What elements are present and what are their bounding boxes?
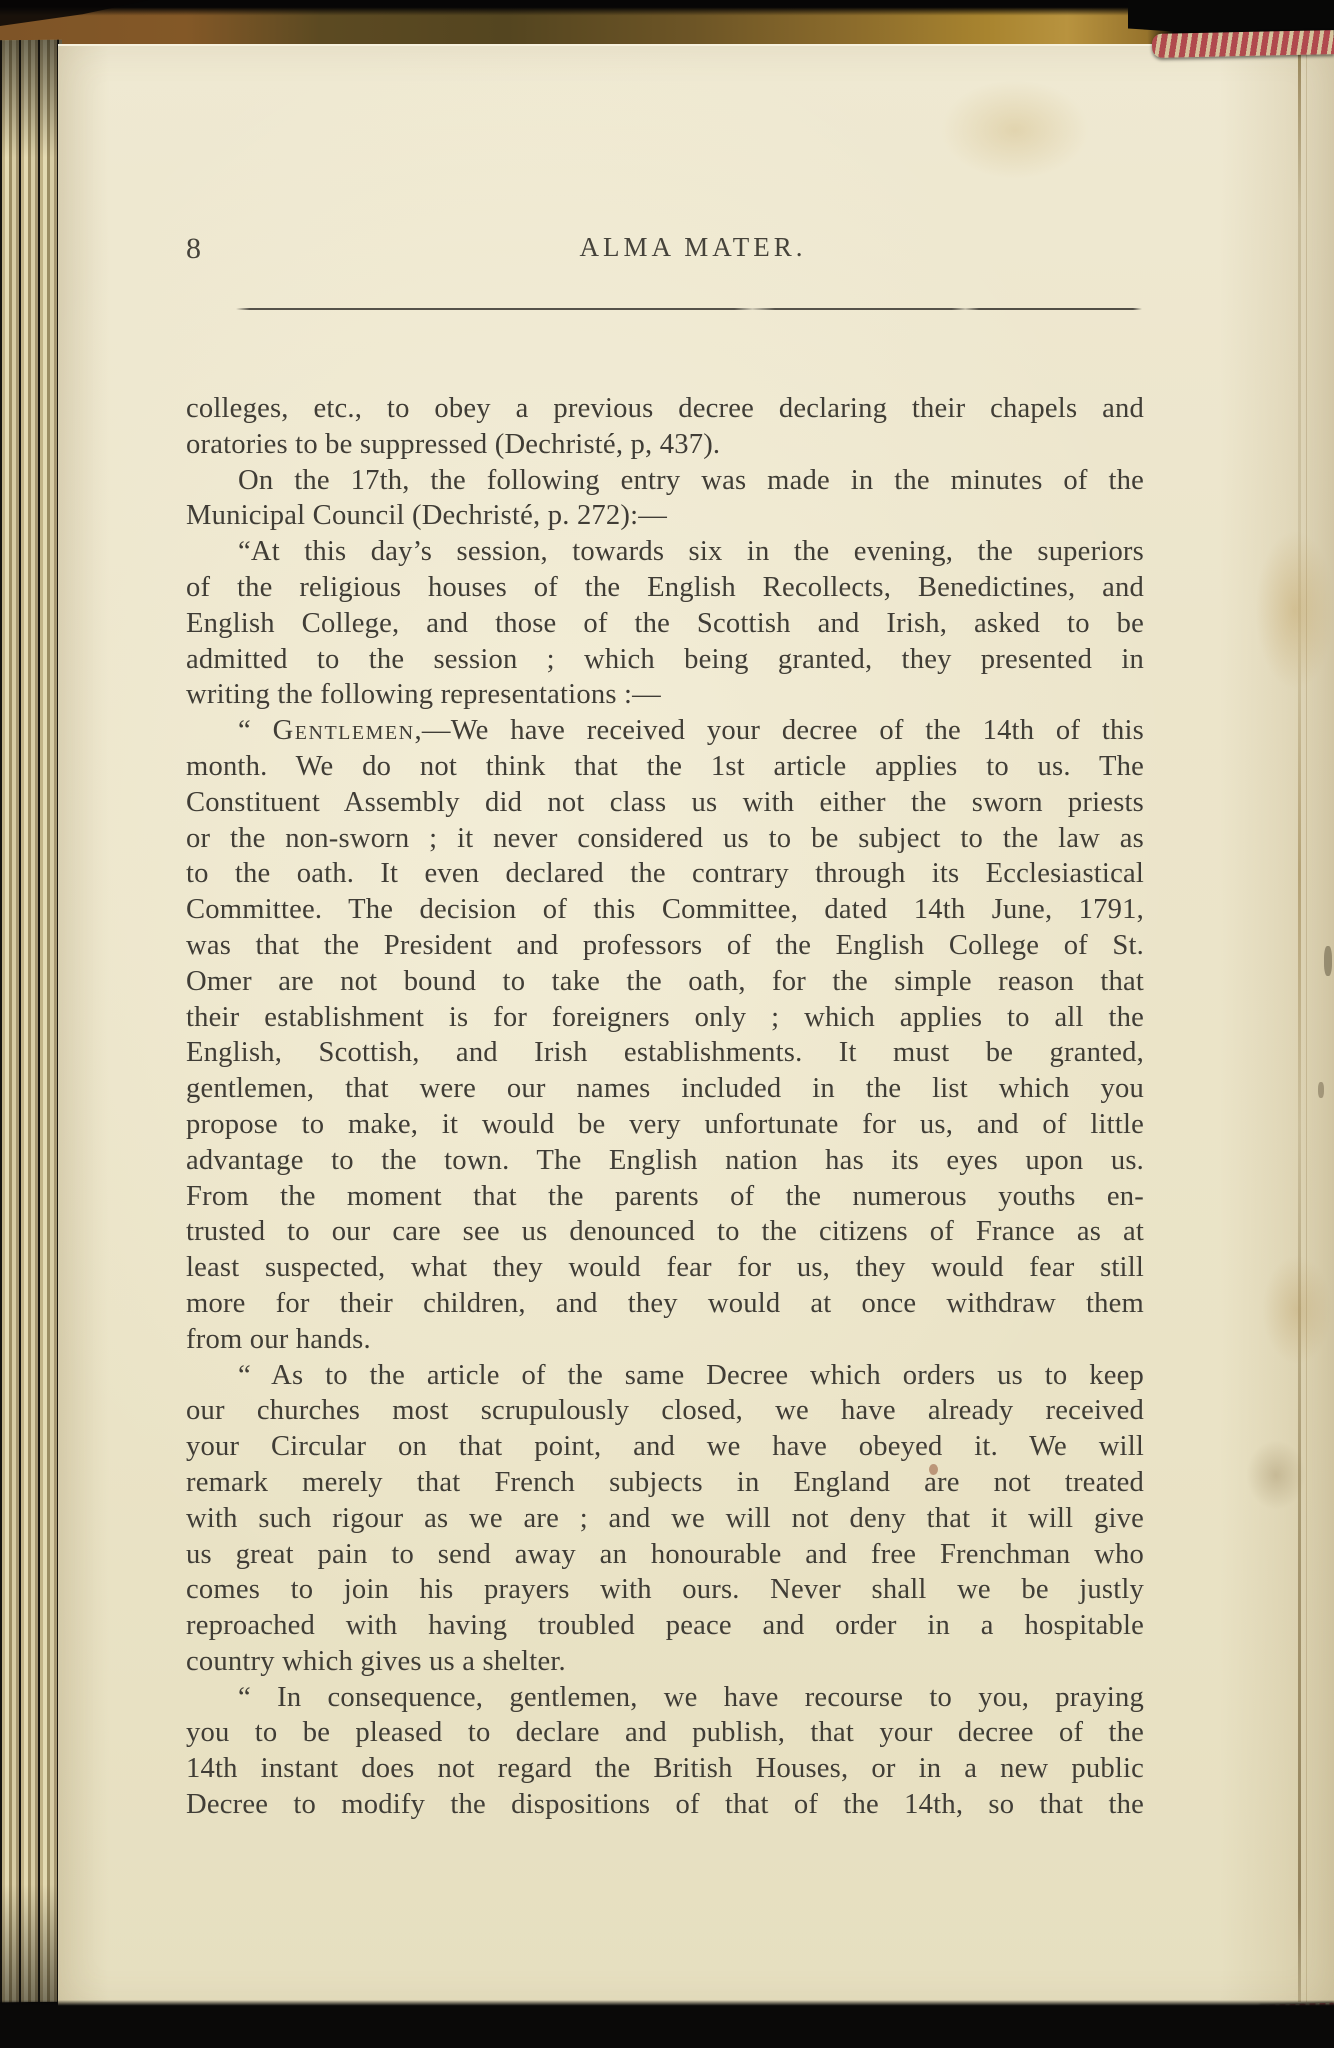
text-line: month. We do not think that the 1st arti…: [186, 749, 1144, 785]
text-line: remark merely that French subjects in En…: [186, 1465, 1144, 1501]
text-line: Municipal Council (Dechristé, p. 272):—: [186, 498, 1144, 534]
text-line: your Circular on that point, and we have…: [186, 1429, 1144, 1465]
text-line: From the moment that the parents of the …: [186, 1179, 1144, 1215]
headband: [1152, 30, 1334, 58]
text-line: advantage to the town. The English natio…: [186, 1143, 1144, 1179]
stacked-page-edges: [0, 40, 62, 2002]
text-line: “ In consequence, gentlemen, we have rec…: [186, 1680, 1144, 1716]
printed-page-content: 8 ALMA MATER. colleges, etc., to obey a …: [186, 0, 1144, 2048]
text-line: 14th instant does not regard the British…: [186, 1751, 1144, 1787]
text-line: Committee. The decision of this Committe…: [186, 892, 1144, 928]
text-line: of the religious houses of the English R…: [186, 570, 1144, 606]
body-text: colleges, etc., to obey a previous decre…: [186, 391, 1144, 1823]
text-line: was that the President and professors of…: [186, 928, 1144, 964]
text-line: gentlemen, that were our names included …: [186, 1071, 1144, 1107]
text-line: colleges, etc., to obey a previous decre…: [186, 391, 1144, 427]
text-line: country which gives us a shelter.: [186, 1644, 1144, 1680]
text-line: English College, and those of the Scotti…: [186, 606, 1144, 642]
text-line: Omer are not bound to take the oath, for…: [186, 964, 1144, 1000]
text-line: least suspected, what they would fear fo…: [186, 1250, 1144, 1286]
scanned-book-photo: { "page": { "page_number": "8", "running…: [0, 0, 1334, 2048]
text-line: trusted to our care see us denounced to …: [186, 1214, 1144, 1250]
page-gutter-crease: [1298, 52, 1301, 2002]
text-line: you to be pleased to declare and publish…: [186, 1715, 1144, 1751]
text-line: “ As to the article of the same Decree w…: [186, 1358, 1144, 1394]
running-header: 8 ALMA MATER.: [186, 232, 1144, 272]
text-line: English, Scottish, and Irish establishme…: [186, 1035, 1144, 1071]
text-line: with such rigour as we are ; and we will…: [186, 1501, 1144, 1537]
text-line: propose to make, it would be very unfort…: [186, 1107, 1144, 1143]
text-line: On the 17th, the following entry was mad…: [186, 463, 1144, 499]
running-title: ALMA MATER.: [214, 232, 1172, 263]
text-line: or the non-sworn ; it never considered u…: [186, 821, 1144, 857]
text-line: us great pain to send away an honourable…: [186, 1537, 1144, 1573]
text-line: writing the following representations :—: [186, 677, 1144, 713]
text-line: from our hands.: [186, 1322, 1144, 1358]
text-line: comes to join his prayers with ours. Nev…: [186, 1572, 1144, 1608]
text-line: their establishment is for foreigners on…: [186, 1000, 1144, 1036]
text-line: to the oath. It even declared the contra…: [186, 856, 1144, 892]
text-line: “ Gentlemen,—We have received your decre…: [186, 713, 1144, 749]
text-line: more for their children, and they would …: [186, 1286, 1144, 1322]
text-line: reproached with having troubled peace an…: [186, 1608, 1144, 1644]
text-line: “At this day’s session, towards six in t…: [186, 534, 1144, 570]
text-line: Decree to modify the dispositions of tha…: [186, 1787, 1144, 1823]
header-rule: [236, 308, 1142, 310]
text-line: admitted to the session ; which being gr…: [186, 642, 1144, 678]
page-number: 8: [186, 232, 201, 266]
text-line: Constituent Assembly did not class us wi…: [186, 785, 1144, 821]
text-line: oratories to be suppressed (Dechristé, p…: [186, 427, 1144, 463]
text-line: our churches most scrupulously closed, w…: [186, 1393, 1144, 1429]
page-gutter-crease-fine: [1306, 52, 1307, 2002]
